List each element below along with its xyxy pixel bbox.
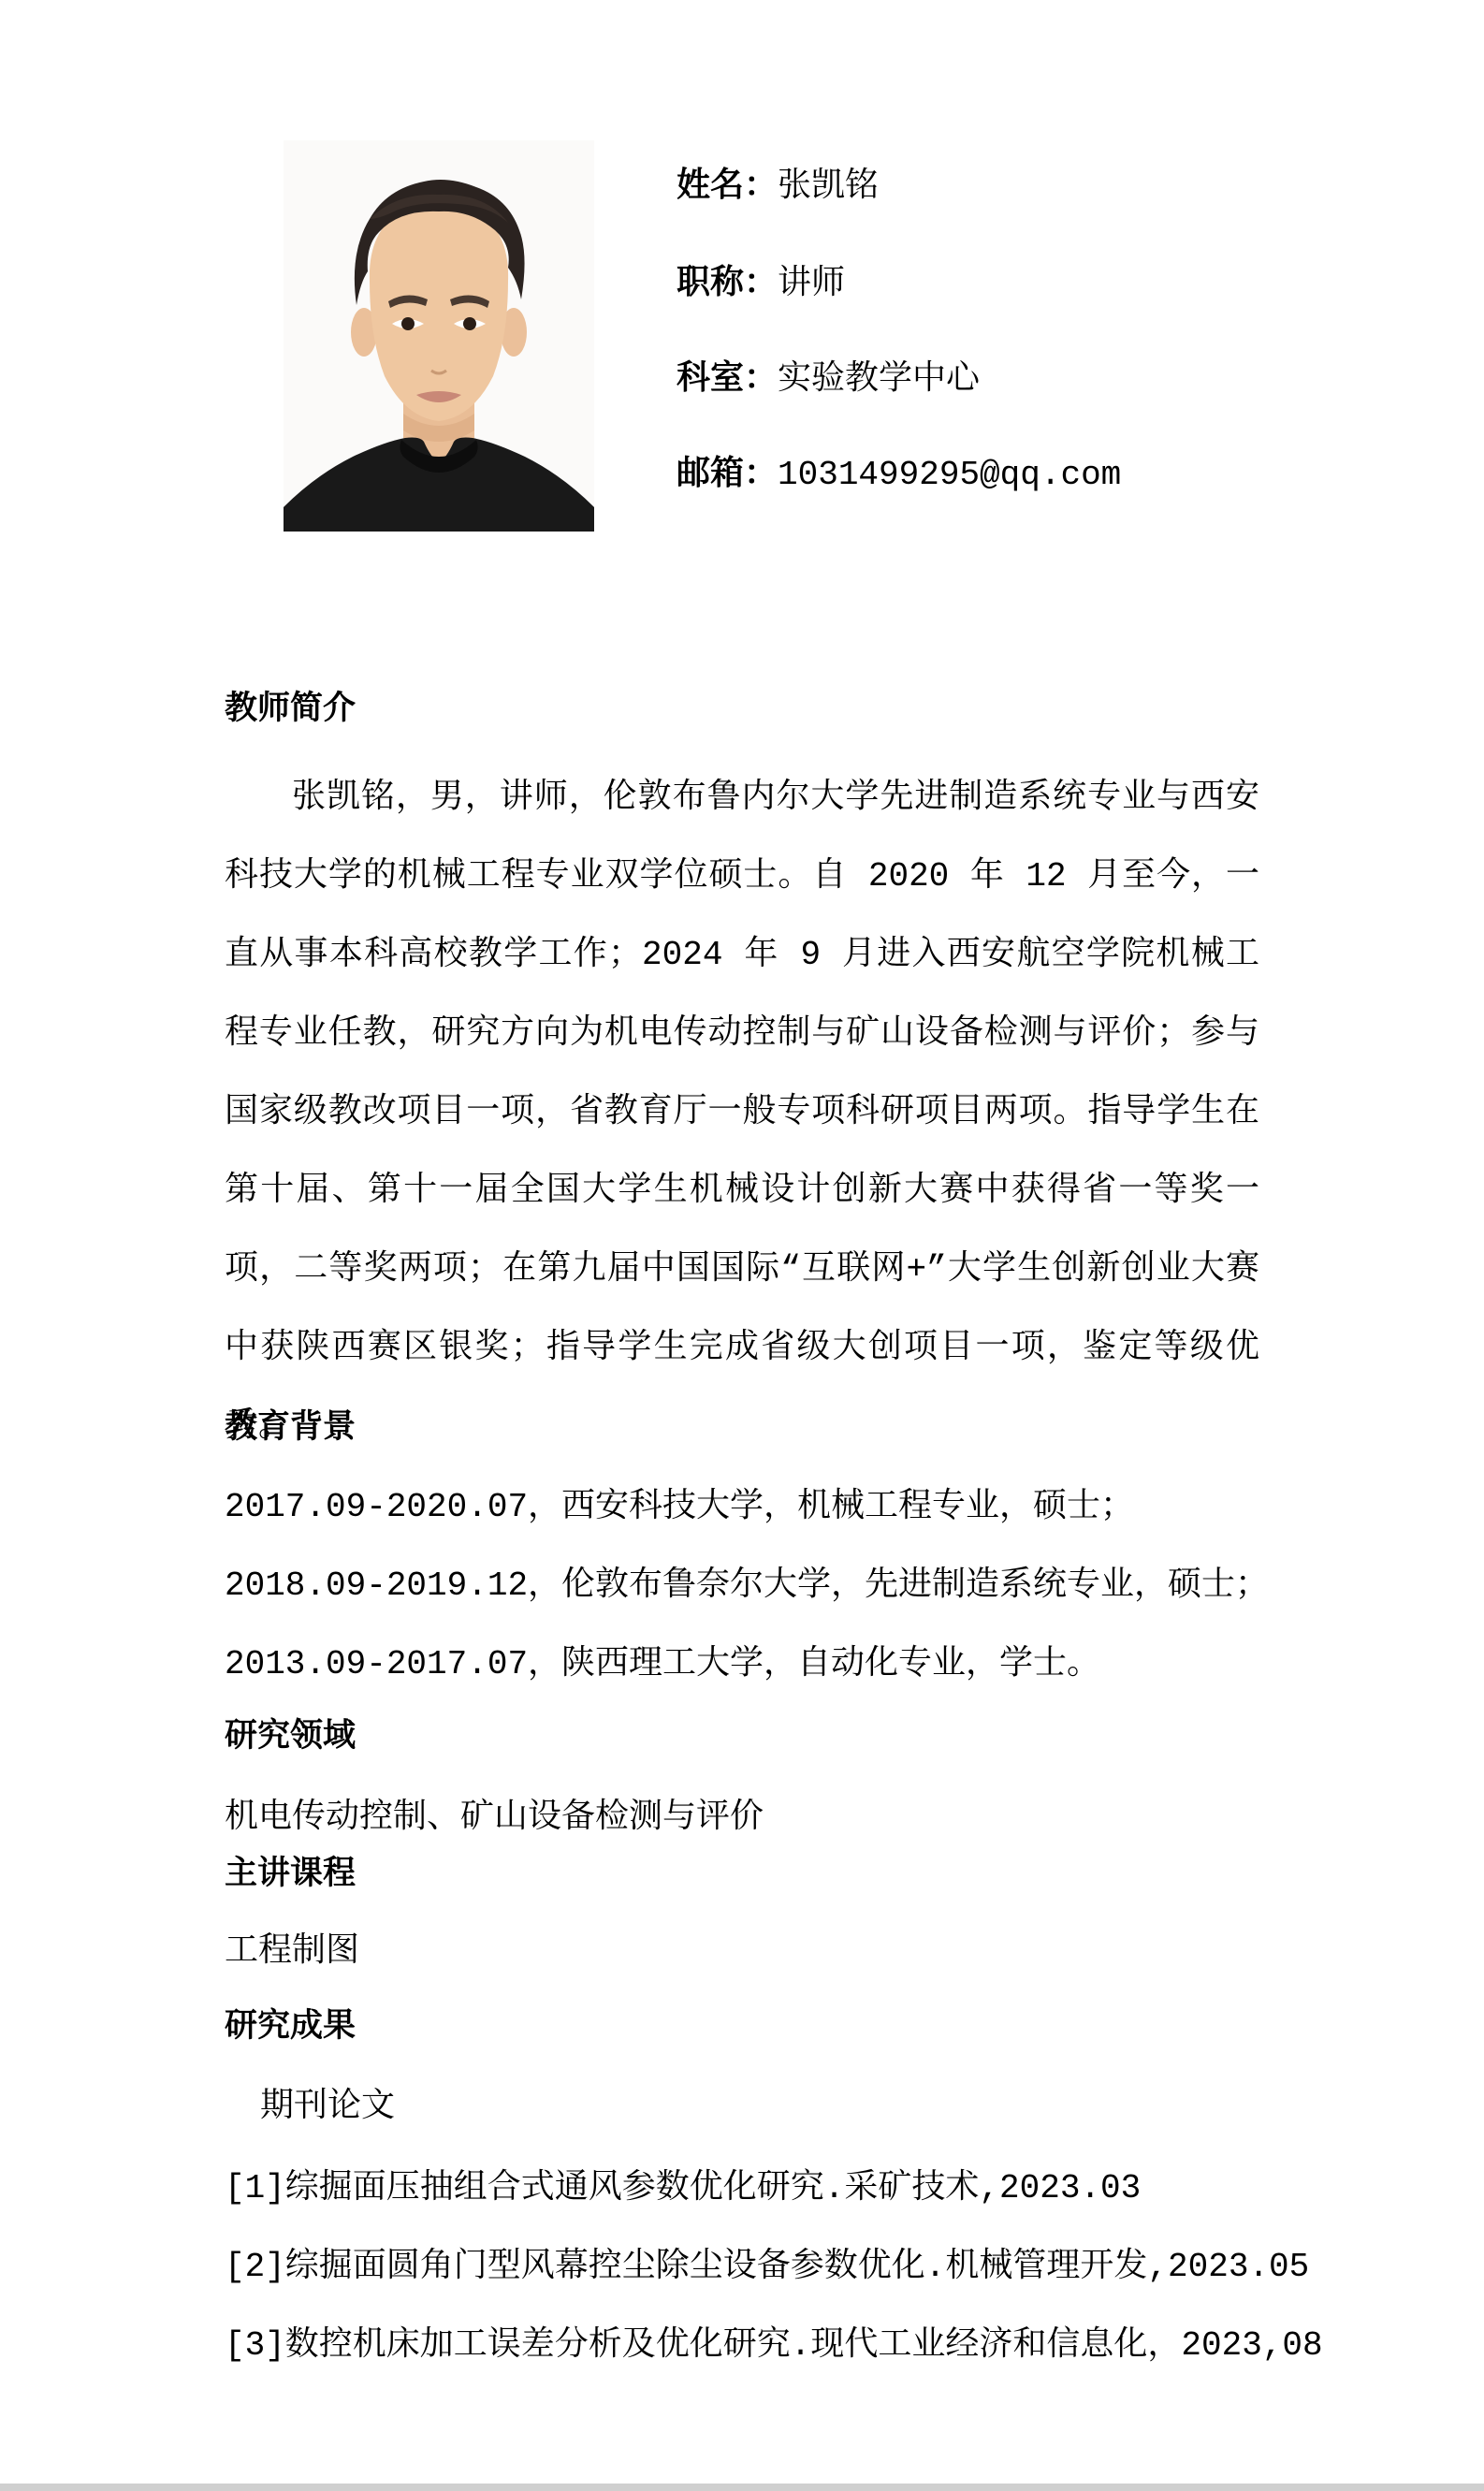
page-bottom-edge bbox=[0, 2484, 1484, 2491]
faculty-profile-page: { "profile": { "photo": "portrait-photo-… bbox=[0, 0, 1484, 2491]
field-department-label: 科室： bbox=[677, 360, 778, 399]
education-item: 2018.09-2019.12，伦敦布鲁奈尔大学，先进制造系统专业，硕士； bbox=[225, 1565, 1269, 1607]
field-title-label: 职称： bbox=[677, 265, 778, 303]
field-title: 职称：讲师 bbox=[677, 264, 845, 305]
portrait-photo bbox=[284, 140, 594, 532]
field-email-value: 1031499295@qq.com bbox=[778, 456, 1121, 494]
field-department-value: 实验教学中心 bbox=[778, 360, 980, 399]
section-heading-education: 教育背景 bbox=[225, 1409, 356, 1449]
field-name-label: 姓名： bbox=[677, 168, 778, 206]
courses-text: 工程制图 bbox=[225, 1930, 359, 1973]
section-heading-achievements: 研究成果 bbox=[225, 2008, 356, 2047]
education-item: 2017.09-2020.07，西安科技大学，机械工程专业，硕士； bbox=[225, 1486, 1134, 1528]
section-heading-courses: 主讲课程 bbox=[225, 1856, 356, 1895]
journal-papers-subheading: 期刊论文 bbox=[260, 2087, 395, 2127]
field-email-label: 邮箱： bbox=[677, 456, 778, 494]
intro-paragraph: 张凯铭，男，讲师，伦敦布鲁内尔大学先进制造系统专业与西安科技大学的机械工程专业双… bbox=[225, 759, 1259, 1466]
research-areas-text: 机电传动控制、矿山设备检测与评价 bbox=[225, 1797, 764, 1839]
field-name-value: 张凯铭 bbox=[778, 168, 879, 206]
section-heading-intro: 教师简介 bbox=[225, 691, 356, 730]
publication-item: [1]综掘面压抽组合式通风参数优化研究.采矿技术,2023.03 bbox=[225, 2167, 1141, 2209]
field-title-value: 讲师 bbox=[778, 265, 845, 303]
publication-item: [3]数控机床加工误差分析及优化研究.现代工业经济和信息化，2023,08 bbox=[225, 2324, 1323, 2367]
publication-item: [2]综掘面圆角门型风幕控尘除尘设备参数优化.机械管理开发,2023.05 bbox=[225, 2246, 1309, 2288]
field-email: 邮箱：1031499295@qq.com bbox=[677, 455, 1121, 496]
education-item: 2013.09-2017.07，陕西理工大学，自动化专业，学士。 bbox=[225, 1643, 1100, 1685]
portrait-photo-graphic bbox=[284, 140, 594, 532]
section-heading-research-areas: 研究领域 bbox=[225, 1718, 356, 1757]
field-department: 科室：实验教学中心 bbox=[677, 359, 980, 401]
field-name: 姓名：张凯铭 bbox=[677, 167, 879, 208]
